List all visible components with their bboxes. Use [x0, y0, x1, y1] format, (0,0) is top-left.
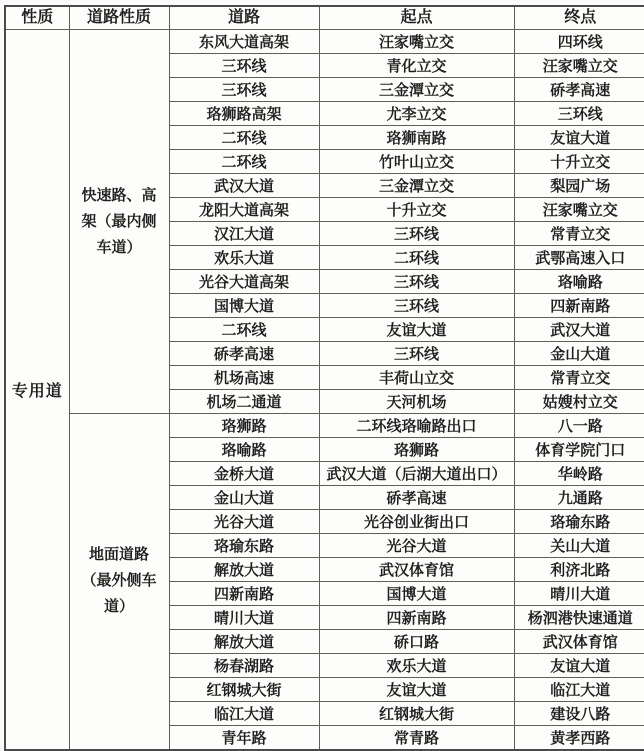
- end-point-cell: 珞喻路: [514, 270, 644, 294]
- road-type-cell: 快速路、高架（最内侧车道）: [69, 30, 169, 414]
- start-point-cell: 硚孝高速: [319, 486, 514, 510]
- end-point-cell: 金山大道: [514, 342, 644, 366]
- road-cell: 解放大道: [169, 630, 319, 654]
- end-point-cell: 九通路: [514, 486, 644, 510]
- start-point-cell: 红钢城大街: [319, 702, 514, 726]
- start-point-cell: 青化立交: [319, 54, 514, 78]
- end-point-cell: 华岭路: [514, 462, 644, 486]
- end-point-cell: 姑嫂村立交: [514, 390, 644, 414]
- start-point-cell: 常青路: [319, 726, 514, 750]
- road-cell: 解放大道: [169, 558, 319, 582]
- end-point-cell: 体育学院门口: [514, 438, 644, 462]
- table-body: 专用道快速路、高架（最内侧车道）东风大道高架汪家嘴立交四环线三环线青化立交汪家嘴…: [5, 30, 644, 750]
- start-point-cell: 武汉体育馆: [319, 558, 514, 582]
- start-point-cell: 三金潭立交: [319, 174, 514, 198]
- header-row: 性质 道路性质 道路 起点 终点: [5, 6, 644, 30]
- road-cell: 红钢城大街: [169, 678, 319, 702]
- road-cell: 二环线: [169, 318, 319, 342]
- end-point-cell: 三环线: [514, 102, 644, 126]
- header-start-point: 起点: [319, 6, 514, 30]
- road-cell: 汉江大道: [169, 222, 319, 246]
- road-cell: 珞狮路高架: [169, 102, 319, 126]
- road-cell: 杨春湖路: [169, 654, 319, 678]
- road-cell: 二环线: [169, 126, 319, 150]
- end-point-cell: 四环线: [514, 30, 644, 54]
- road-cell: 硚孝高速: [169, 342, 319, 366]
- end-point-cell: 八一路: [514, 414, 644, 438]
- start-point-cell: 三环线: [319, 270, 514, 294]
- start-point-cell: 三环线: [319, 294, 514, 318]
- end-point-cell: 武汉大道: [514, 318, 644, 342]
- start-point-cell: 友谊大道: [319, 678, 514, 702]
- start-point-cell: 十升立交: [319, 198, 514, 222]
- end-point-cell: 硚孝高速: [514, 78, 644, 102]
- start-point-cell: 尤李立交: [319, 102, 514, 126]
- end-point-cell: 武汉体育馆: [514, 630, 644, 654]
- start-point-cell: 二环线: [319, 246, 514, 270]
- road-cell: 金山大道: [169, 486, 319, 510]
- road-cell: 欢乐大道: [169, 246, 319, 270]
- end-point-cell: 杨泗港快速通道: [514, 606, 644, 630]
- start-point-cell: 珞狮南路: [319, 126, 514, 150]
- end-point-cell: 四新南路: [514, 294, 644, 318]
- end-point-cell: 利济北路: [514, 558, 644, 582]
- end-point-cell: 梨园广场: [514, 174, 644, 198]
- road-cell: 二环线: [169, 150, 319, 174]
- end-point-cell: 十升立交: [514, 150, 644, 174]
- end-point-cell: 常青立交: [514, 366, 644, 390]
- screenshot-root: 性质 道路性质 道路 起点 终点 专用道快速路、高架（最内侧车道）东风大道高架汪…: [0, 0, 644, 751]
- road-type-label: 地面道路（最外侧车道）: [77, 542, 161, 620]
- start-point-cell: 武汉大道（后湖大道出口）: [319, 462, 514, 486]
- header-road: 道路: [169, 6, 319, 30]
- end-point-cell: 友谊大道: [514, 654, 644, 678]
- road-cell: 晴川大道: [169, 606, 319, 630]
- end-point-cell: 临江大道: [514, 678, 644, 702]
- header-nature: 性质: [5, 6, 69, 30]
- start-point-cell: 竹叶山立交: [319, 150, 514, 174]
- start-point-cell: 丰荷山立交: [319, 366, 514, 390]
- nature-cell: 专用道: [5, 30, 69, 750]
- start-point-cell: 友谊大道: [319, 318, 514, 342]
- start-point-cell: 四新南路: [319, 606, 514, 630]
- start-point-cell: 二环线珞喻路出口: [319, 414, 514, 438]
- start-point-cell: 国博大道: [319, 582, 514, 606]
- table-row: 地面道路（最外侧车道）珞狮路二环线珞喻路出口八一路: [5, 414, 644, 438]
- start-point-cell: 珞狮路: [319, 438, 514, 462]
- road-cell: 东风大道高架: [169, 30, 319, 54]
- road-cell: 四新南路: [169, 582, 319, 606]
- road-cell: 光谷大道高架: [169, 270, 319, 294]
- end-point-cell: 汪家嘴立交: [514, 198, 644, 222]
- header-end-point: 终点: [514, 6, 644, 30]
- start-point-cell: 三金潭立交: [319, 78, 514, 102]
- road-cell: 光谷大道: [169, 510, 319, 534]
- road-cell: 金桥大道: [169, 462, 319, 486]
- start-point-cell: 三环线: [319, 342, 514, 366]
- road-type-cell: 地面道路（最外侧车道）: [69, 414, 169, 750]
- end-point-cell: 黄孝西路: [514, 726, 644, 750]
- table-row: 专用道快速路、高架（最内侧车道）东风大道高架汪家嘴立交四环线: [5, 30, 644, 54]
- start-point-cell: 光谷大道: [319, 534, 514, 558]
- header-road-type: 道路性质: [69, 6, 169, 30]
- end-point-cell: 武鄂高速入口: [514, 246, 644, 270]
- road-cell: 三环线: [169, 54, 319, 78]
- road-cell: 三环线: [169, 78, 319, 102]
- road-cell: 临江大道: [169, 702, 319, 726]
- dedicated-lane-roads-table: 性质 道路性质 道路 起点 终点 专用道快速路、高架（最内侧车道）东风大道高架汪…: [4, 5, 644, 751]
- start-point-cell: 三环线: [319, 222, 514, 246]
- end-point-cell: 建设八路: [514, 702, 644, 726]
- road-cell: 国博大道: [169, 294, 319, 318]
- road-cell: 珞喻路: [169, 438, 319, 462]
- end-point-cell: 汪家嘴立交: [514, 54, 644, 78]
- start-point-cell: 光谷创业街出口: [319, 510, 514, 534]
- start-point-cell: 硚口路: [319, 630, 514, 654]
- road-cell: 青年路: [169, 726, 319, 750]
- end-point-cell: 珞瑜东路: [514, 510, 644, 534]
- road-cell: 珞狮路: [169, 414, 319, 438]
- road-type-label: 快速路、高架（最内侧车道）: [77, 183, 161, 261]
- road-cell: 机场高速: [169, 366, 319, 390]
- road-cell: 机场二通道: [169, 390, 319, 414]
- road-cell: 武汉大道: [169, 174, 319, 198]
- end-point-cell: 晴川大道: [514, 582, 644, 606]
- road-cell: 龙阳大道高架: [169, 198, 319, 222]
- end-point-cell: 友谊大道: [514, 126, 644, 150]
- end-point-cell: 常青立交: [514, 222, 644, 246]
- start-point-cell: 天河机场: [319, 390, 514, 414]
- start-point-cell: 汪家嘴立交: [319, 30, 514, 54]
- start-point-cell: 欢乐大道: [319, 654, 514, 678]
- road-cell: 珞瑜东路: [169, 534, 319, 558]
- end-point-cell: 关山大道: [514, 534, 644, 558]
